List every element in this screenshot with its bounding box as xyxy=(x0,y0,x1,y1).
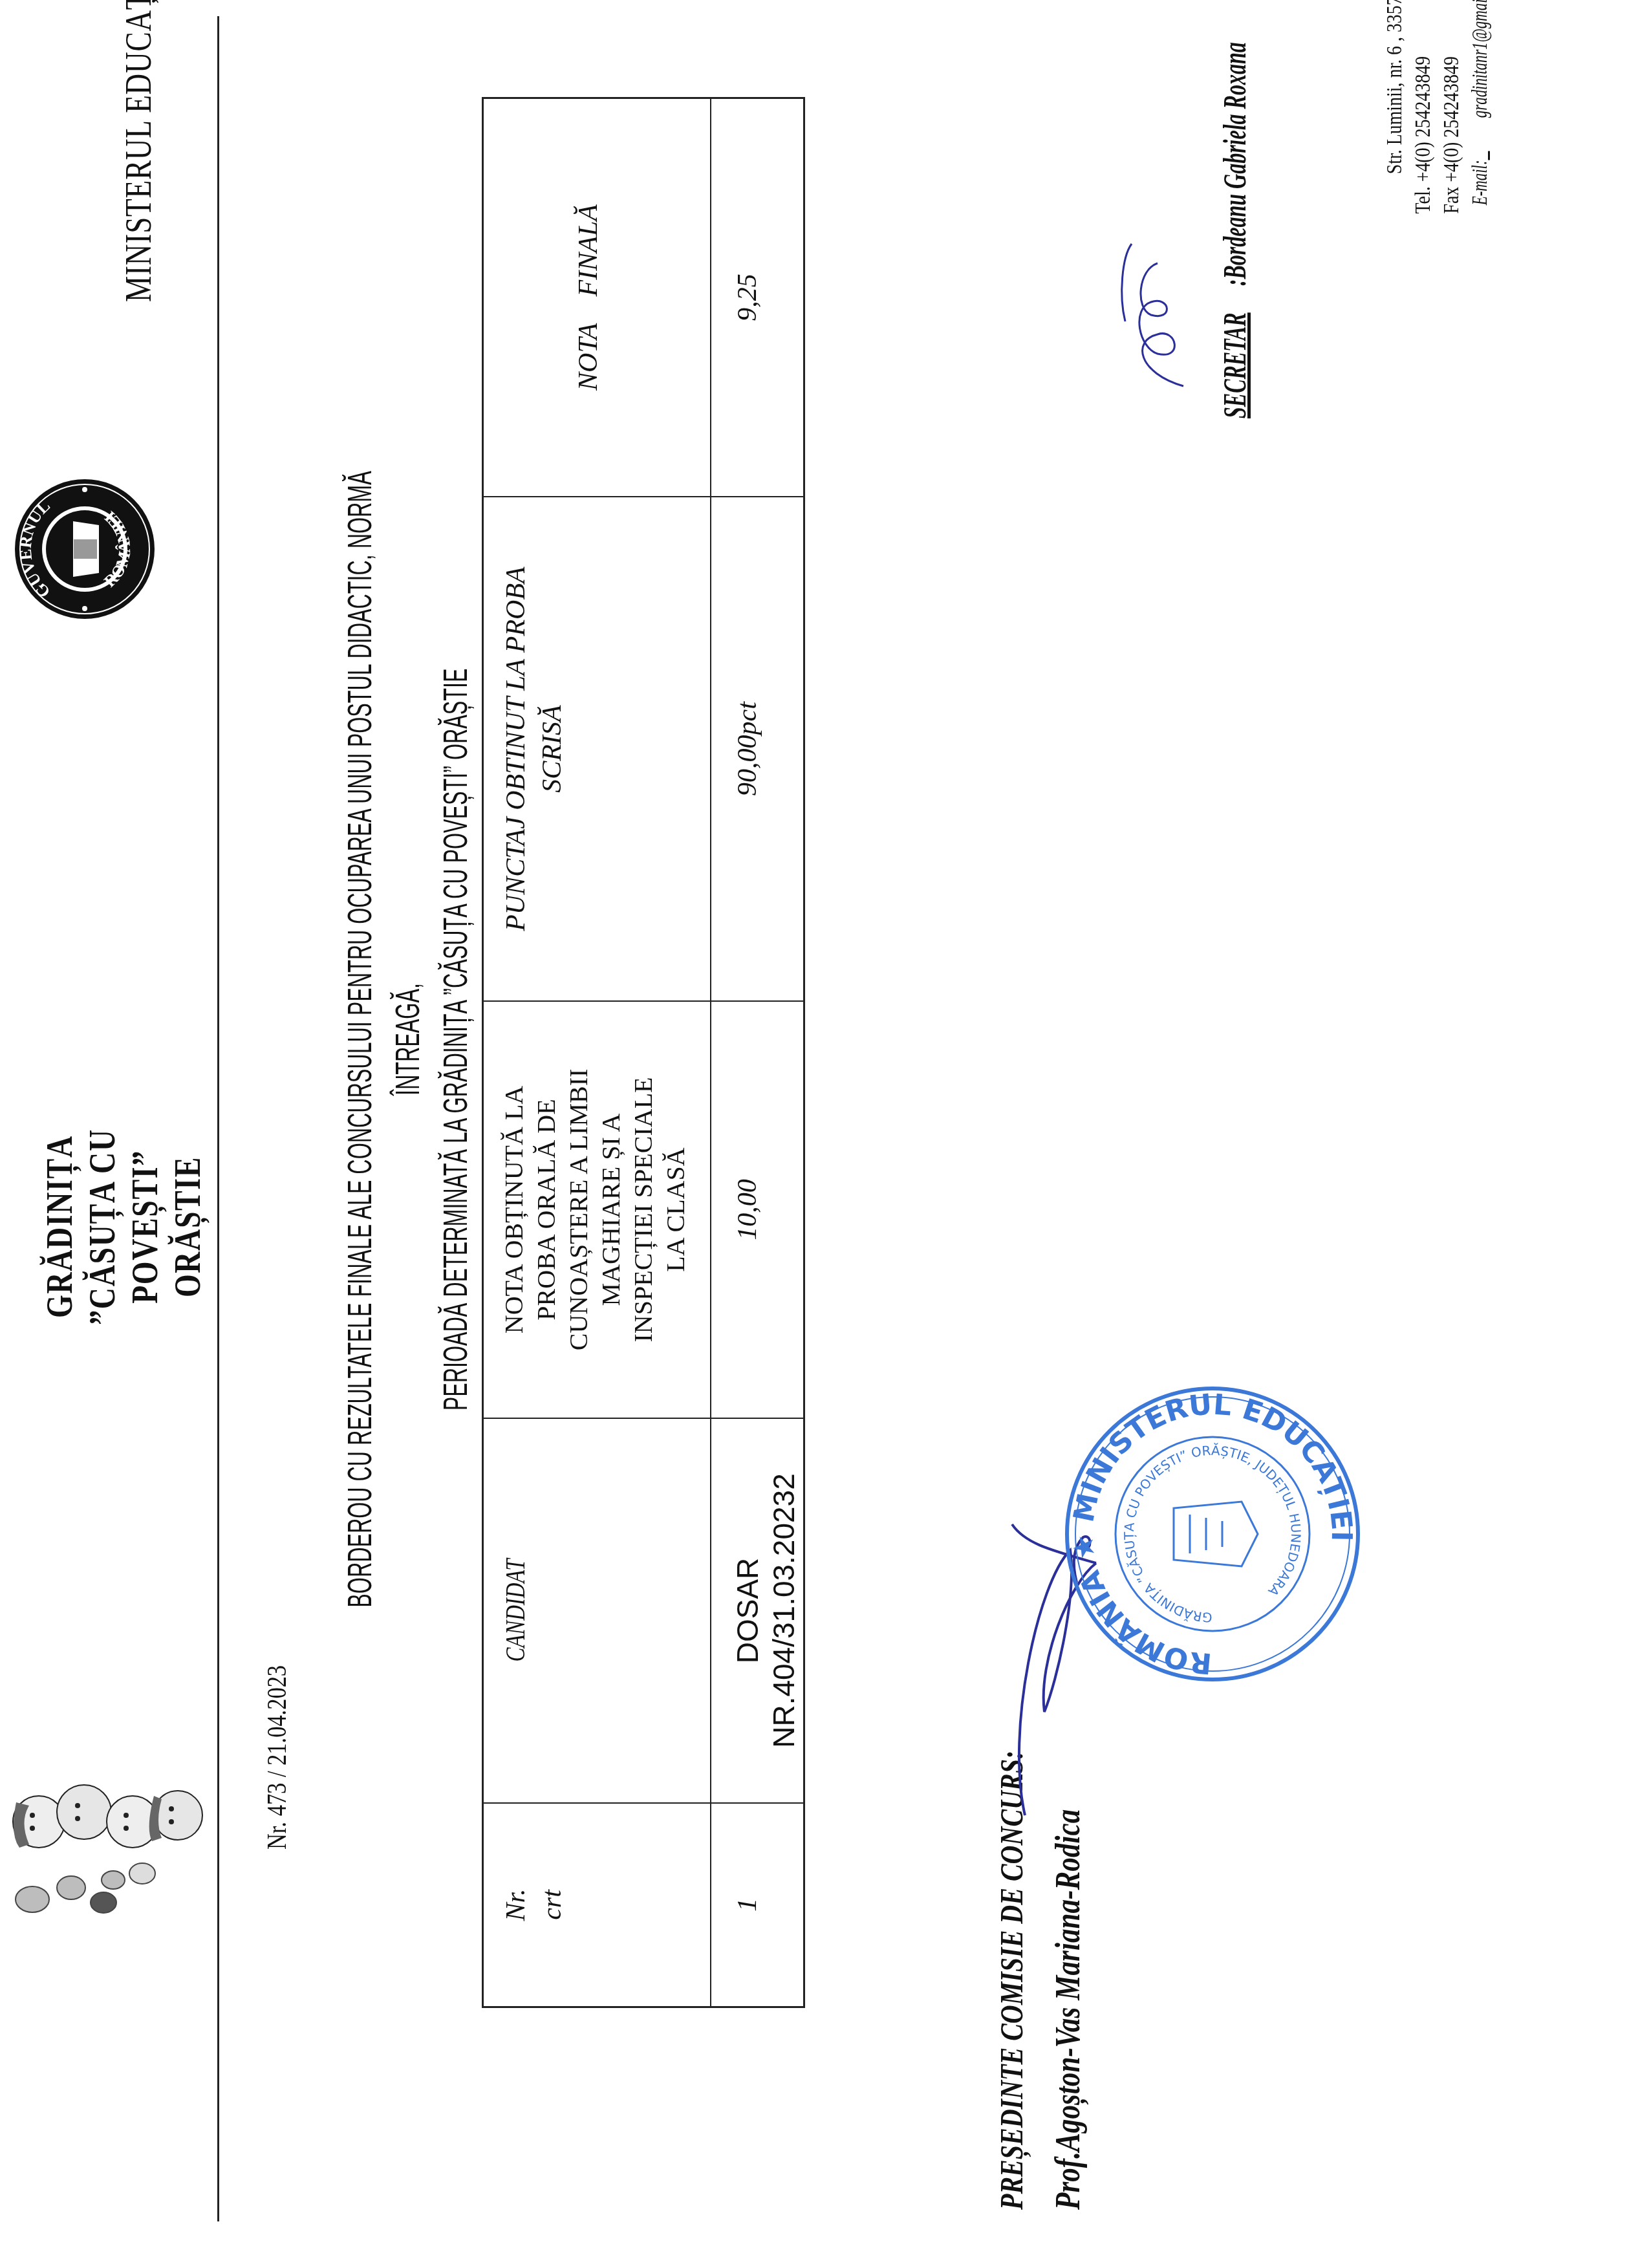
table-header-nr-crt: Nr. crt xyxy=(484,1804,711,2006)
svg-text:GRĂDINIȚA ”CĂSUȚA CU POVEȘTI”: GRĂDINIȚA ”CĂSUȚA CU POVEȘTI” ORĂȘTIE, J… xyxy=(1121,1443,1304,1625)
table-cell-nota-finala: 9,25 xyxy=(711,99,803,496)
header-line: crt xyxy=(534,1804,570,2006)
school-stamp-icon: ROMÂNIA ★ MINISTERUL EDUCAȚIEI GRĂDINIȚA… xyxy=(1061,1382,1364,1686)
school-name-line2: ”CĂSUȚA CU POVEȘTI” xyxy=(81,1105,167,1348)
header-line: Nr. xyxy=(498,1804,534,2006)
secretar-signature-icon xyxy=(1112,231,1203,399)
school-name-line1: GRĂDINIȚA xyxy=(39,1136,81,1319)
document-title: BORDEROU CU REZULTATELE FINALE ALE CONCU… xyxy=(336,69,480,2009)
cell-value: 9,25 xyxy=(729,99,766,496)
column-nr-crt: Nr. crt 1 xyxy=(484,1802,803,2006)
table-header-punctaj-scris: PUNCTAJ OBTINUT LA PROBA SCRISĂ xyxy=(484,497,711,1000)
header-line: CUNOAȘTERE A LIMBII xyxy=(563,1002,595,1418)
column-punctaj-scris: PUNCTAJ OBTINUT LA PROBA SCRISĂ 90,00pct xyxy=(484,496,803,1000)
column-nota-finala: NOTA FINALĂ 9,25 xyxy=(484,99,803,496)
header-line: LA CLASĂ xyxy=(660,1002,692,1418)
header-line: SCRISĂ xyxy=(534,497,570,1000)
ministry-heading: MINISTERUL EDUCAȚIEI xyxy=(116,5,160,302)
government-seal-icon: GUVERNUL ROMÂNIEI xyxy=(12,476,158,622)
address-tel: Tel. +4(0) 254243849 xyxy=(1409,56,1438,214)
document-title-line2: PERIOADĂ DETERMINATĂ LA GRĂDINIȚA ”CĂSUȚ… xyxy=(432,668,480,1410)
header-line: CANDIDAT xyxy=(498,1559,534,1662)
address-fax: Fax +4(0) 254243849 xyxy=(1438,56,1466,213)
cell-value: 90,00pct xyxy=(729,497,766,1000)
header-line: MAGHIARE ȘI A xyxy=(595,1002,627,1418)
email-link[interactable]: gradinitanr1@gmail.com xyxy=(1466,0,1494,118)
cell-value: NR.404/31.03.20232 xyxy=(766,1419,802,1802)
document-number-text: Nr. 473 / 21.04.2023 xyxy=(262,1665,293,1850)
secretar-name: :Bordeanu Gabriela Roxana xyxy=(1216,42,1253,286)
secretar-label: SECRETAR xyxy=(1216,312,1253,418)
document-page: MINISTERUL EDUCAȚIEI GUVERNUL ROMÂNIEI G… xyxy=(0,0,1649,2268)
school-name: GRĂDINIȚA ”CĂSUȚA CU POVEȘTI” ORĂȘTIE xyxy=(39,1078,210,1376)
document-number: Nr. 473 / 21.04.2023 xyxy=(262,1625,293,1850)
cell-value: DOSAR xyxy=(729,1419,766,1802)
results-table: Nr. crt 1 CANDIDAT DOSAR NR.404/31.03.20… xyxy=(482,97,805,2008)
cell-value: 10,00 xyxy=(729,1002,766,1418)
document-title-line1: BORDEROU CU REZULTATELE FINALE ALE CONCU… xyxy=(336,438,432,1641)
ministry-heading-text: MINISTERUL EDUCAȚIEI xyxy=(116,0,160,302)
cell-value: 1 xyxy=(729,1804,766,2006)
table-header-candidat: CANDIDAT xyxy=(484,1419,711,1802)
header-line: PROBA ORALĂ DE xyxy=(530,1002,563,1418)
table-cell-nota-orala: 10,00 xyxy=(711,1002,803,1418)
president-name-text: Prof.Agoșton-Vas Mariana-Rodica xyxy=(1048,1809,1088,2210)
column-nota-orala: NOTA OBȚINUTĂ LA PROBA ORALĂ DE CUNOAȘTE… xyxy=(484,1000,803,1418)
table-cell-nr: 1 xyxy=(711,1804,803,2006)
column-candidat: CANDIDAT DOSAR NR.404/31.03.20232 xyxy=(484,1418,803,1802)
table-cell-candidat: DOSAR NR.404/31.03.20232 xyxy=(711,1419,803,1802)
header-line: NOTA FINALĂ xyxy=(570,99,607,496)
contact-address: Str. Luminii, nr. 6 , 335700- ORĂȘTIE,Ju… xyxy=(1381,56,1494,270)
kids-balloons-logo-icon xyxy=(6,1770,220,1919)
secretar-block: SECRETAR:Bordeanu Gabriela Roxana xyxy=(1216,0,1253,418)
header-line: NOTA OBȚINUTĂ LA xyxy=(498,1002,530,1418)
address-street: Str. Luminii, nr. 6 , 335700- ORĂȘTIE,Ju… xyxy=(1381,0,1409,174)
table-header-nota-finala: NOTA FINALĂ xyxy=(484,99,711,496)
header-divider xyxy=(217,16,219,2221)
school-name-city: ORĂȘTIE xyxy=(167,1156,210,1297)
table-header-nota-orala: NOTA OBȚINUTĂ LA PROBA ORALĂ DE CUNOAȘTE… xyxy=(484,1002,711,1418)
table-cell-punctaj-scris: 90,00pct xyxy=(711,497,803,1000)
email-label: E-mail: xyxy=(1466,160,1494,205)
header-line: PUNCTAJ OBTINUT LA PROBA xyxy=(498,497,534,1000)
header-line: INSPECȚIEI SPECIALE xyxy=(627,1002,660,1418)
